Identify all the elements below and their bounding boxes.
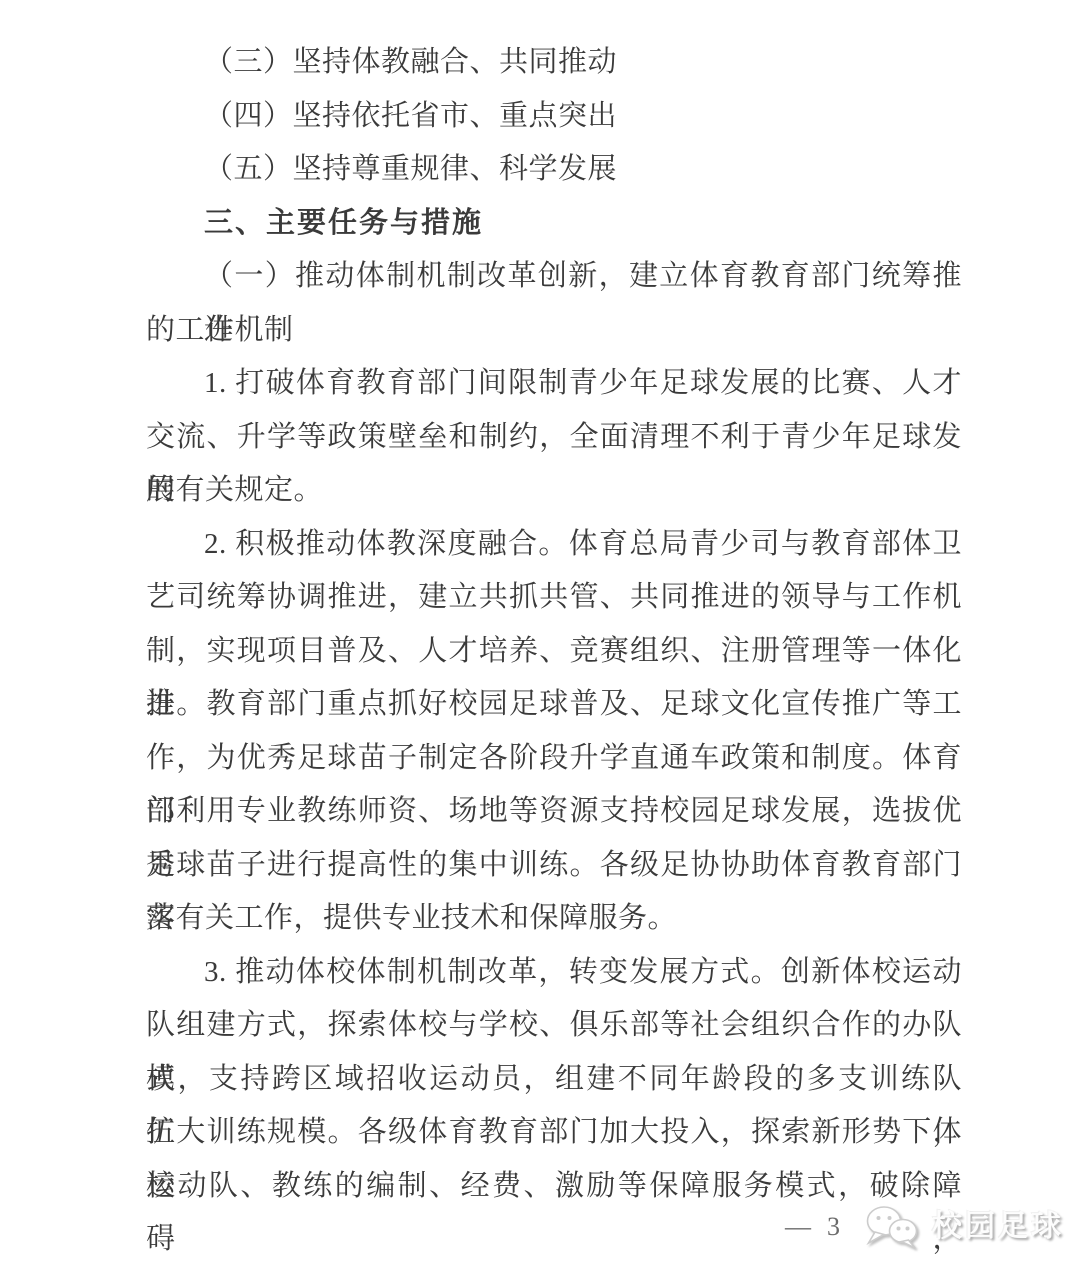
body-paragraph-line: 足球苗子进行提高性的集中训练。各级足协协助体育教育部门落 [146,839,962,893]
body-paragraph-line: 进。教育部门重点抓好校园足球普及、足球文化宣传推广等工 [146,678,962,732]
watermark-label: 校园足球 [932,1212,1064,1242]
body-paragraph-line: 1. 打破体育教育部门间限制青少年足球发展的比赛、人才 [146,357,962,411]
body-paragraph-line: 式，支持跨区域招收运动员，组建不同年龄段的多支训练队伍， [146,1053,962,1107]
body-paragraph-line: 的有关规定。 [146,464,962,518]
body-paragraph-line: 艺司统筹协调推进，建立共抓共管、共同推进的领导与工作机 [146,571,962,625]
subsection-heading-line: 的工作机制 [146,304,962,358]
body-paragraph-line: 3. 推动体校体制机制改革，转变发展方式。创新体校运动 [146,946,962,1000]
section-heading-line: 三、主要任务与措施 [146,197,962,251]
page-number-value: 3 [827,1214,840,1240]
list-item-line: （四）坚持依托省市、重点突出 [146,90,962,144]
body-paragraph-line: 门利用专业教练师资、场地等资源支持校园足球发展，选拔优秀 [146,785,962,839]
scanned-document-page: （三）坚持体教融合、共同推动（四）坚持依托省市、重点突出（五）坚持尊重规律、科学… [0,0,1080,1264]
page-number: — 3 [785,1214,840,1240]
body-paragraph-line: 实有关工作，提供专业技术和保障服务。 [146,892,962,946]
body-paragraph-line: 交流、升学等政策壁垒和制约，全面清理不利于青少年足球发展 [146,411,962,465]
body-paragraph-line: 作，为优秀足球苗子制定各阶段升学直通车政策和制度。体育部 [146,732,962,786]
wechat-logo-icon [864,1204,922,1250]
body-paragraph-line: 制，实现项目普及、人才培养、竞赛组织、注册管理等一体化推 [146,625,962,679]
watermark: 校园足球 [864,1204,1064,1250]
list-item-line: （五）坚持尊重规律、科学发展 [146,143,962,197]
list-item-line: （三）坚持体教融合、共同推动 [146,36,962,90]
page-number-dash: — [785,1214,811,1240]
subsection-heading-line: （一）推动体制机制改革创新，建立体育教育部门统筹推进 [146,250,962,304]
body-paragraph-line: 扩大训练规模。各级体育教育部门加大投入，探索新形势下体校 [146,1106,962,1160]
body-paragraph-line: 2. 积极推动体教深度融合。体育总局青少司与教育部体卫 [146,518,962,572]
body-paragraph-line: 队组建方式，探索体校与学校、俱乐部等社会组织合作的办队模 [146,999,962,1053]
document-body-text: （三）坚持体教融合、共同推动（四）坚持依托省市、重点突出（五）坚持尊重规律、科学… [146,36,962,1213]
page-footer: — 3 [785,1204,1064,1250]
